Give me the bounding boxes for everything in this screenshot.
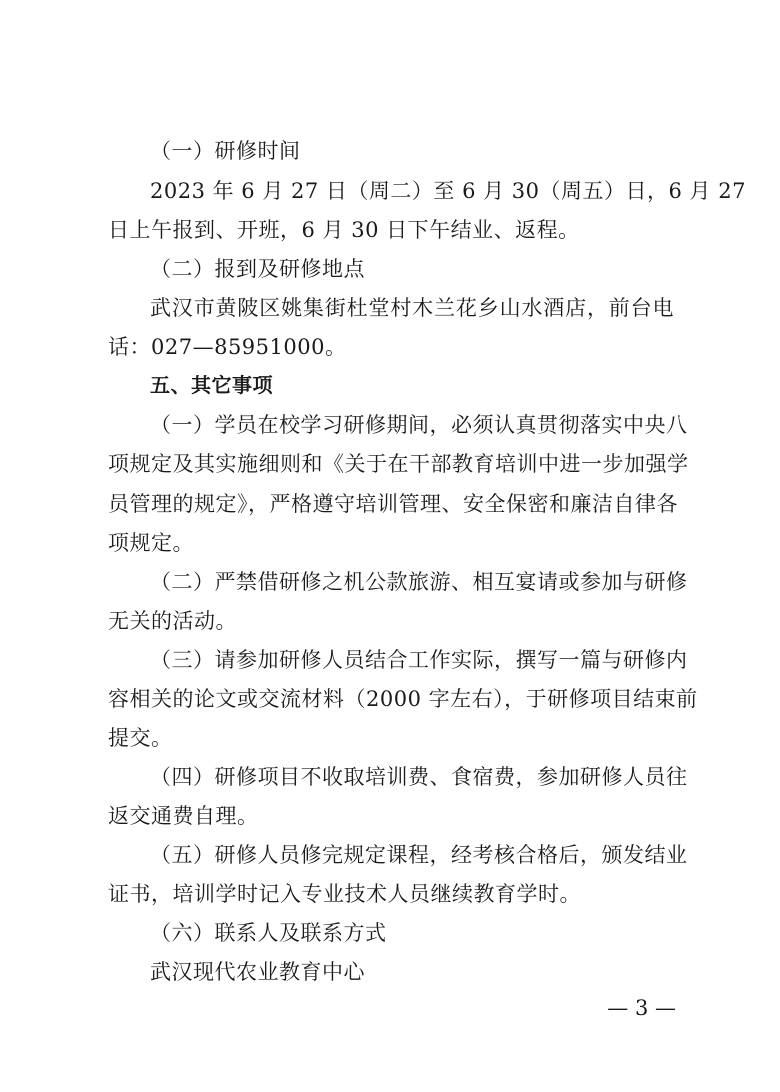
paragraph-line: 项规定及其实施细则和《关于在干部教育培训中进一步加强学 — [108, 449, 674, 479]
subheading-contact: （六）联系人及联系方式 — [150, 918, 674, 948]
paragraph-line: （五）研修人员修完规定课程，经考核合格后，颁发结业 — [150, 840, 674, 870]
paragraph-line: 日上午报到、开班，6 月 30 日下午结业、返程。 — [108, 215, 674, 245]
paragraph-line: 容相关的论文或交流材料（2000 字左右），于研修项目结束前 — [108, 684, 674, 714]
paragraph-line: （四）研修项目不收取培训费、食宿费，参加研修人员往 — [150, 762, 674, 792]
subheading-location: （二）报到及研修地点 — [150, 254, 674, 284]
paragraph-line: 证书，培训学时记入专业技术人员继续教育学时。 — [108, 879, 674, 909]
paragraph-line: 提交。 — [108, 723, 674, 753]
paragraph-line: 无关的活动。 — [108, 606, 674, 636]
paragraph-line: 武汉市黄陂区姚集街杜堂村木兰花乡山水酒店，前台电 — [150, 293, 674, 323]
paragraph-line: （一）学员在校学习研修期间，必须认真贯彻落实中央八 — [150, 410, 674, 440]
section-heading-other-matters: 五、其它事项 — [150, 370, 674, 400]
paragraph-line: 话：027—85951000。 — [108, 332, 674, 362]
page-number: — 3 — — [606, 993, 676, 1023]
subheading-schedule: （一）研修时间 — [150, 136, 674, 166]
paragraph-line: 返交通费自理。 — [108, 801, 674, 831]
paragraph-line: （二）严禁借研修之机公款旅游、相互宴请或参加与研修 — [150, 567, 674, 597]
document-page: （一）研修时间 2023 年 6 月 27 日（周二）至 6 月 30（周五）日… — [0, 0, 780, 1092]
paragraph-line: （三）请参加研修人员结合工作实际，撰写一篇与研修内 — [150, 645, 674, 675]
paragraph-line: 项规定。 — [108, 528, 674, 558]
contact-organization: 武汉现代农业教育中心 — [150, 957, 674, 987]
paragraph-line: 员管理的规定》，严格遵守培训管理、安全保密和廉洁自律各 — [108, 489, 674, 519]
paragraph-line: 2023 年 6 月 27 日（周二）至 6 月 30（周五）日，6 月 27 — [150, 176, 674, 206]
